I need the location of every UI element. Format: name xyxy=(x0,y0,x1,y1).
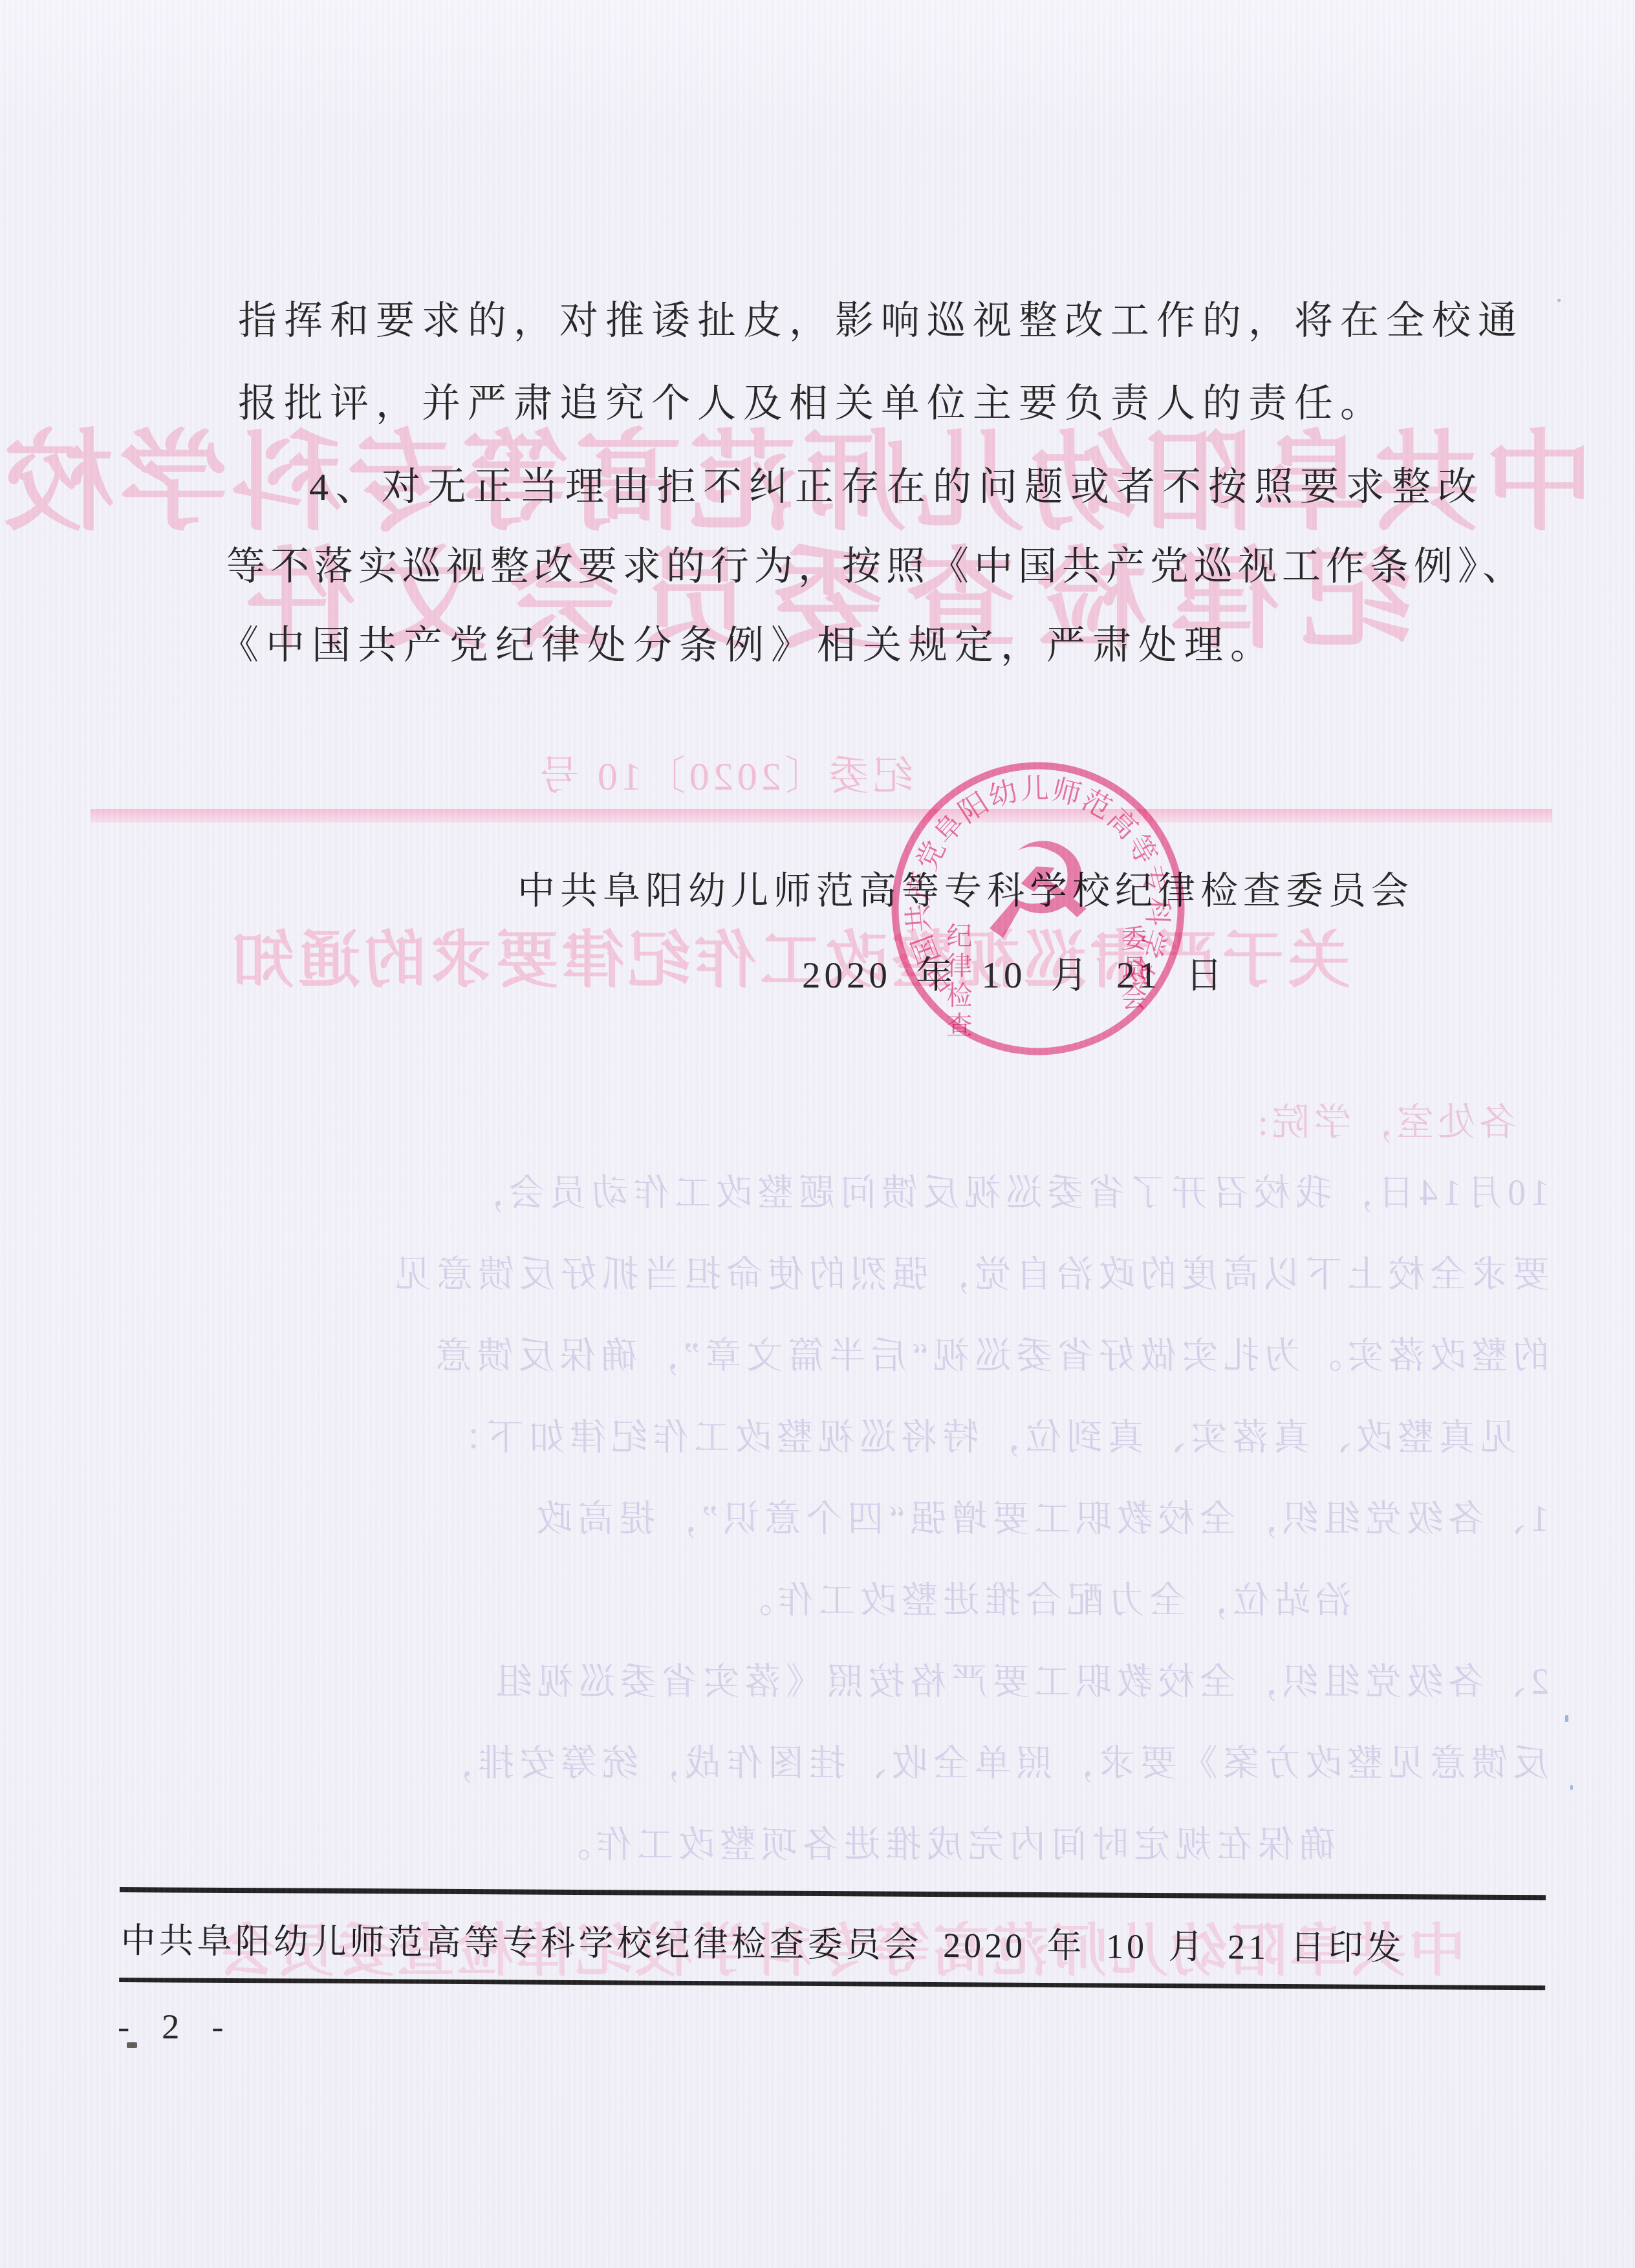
body-line-1: 指挥和要求的，对推诿扯皮，影响巡视整改工作的，将在全校通 xyxy=(238,290,1524,345)
ghost-body-line: 见真整改、真落实、真到位，特将巡视整改工作纪律如下： xyxy=(120,1409,1517,1460)
body-line-4: 等不落实巡视整改要求的行为，按照《中国共产党巡视工作条例》、 xyxy=(226,535,1526,591)
footer-imprint-block: 中共阜阳幼儿师范高等专科学校纪律检查委员会 2020 年 10 月 21 日印发 xyxy=(120,1887,1546,1895)
party-emblem-icon: ☭ xyxy=(979,815,1098,969)
body-line-5: 《中国共产党纪律处分条例》相关规定，严肃处理。 xyxy=(220,614,1276,670)
ghost-red-rule xyxy=(91,809,1552,823)
body-line-3: 4、对无正当理由拒不纠正存在的问题或者不按照要求整改 xyxy=(309,456,1484,512)
ghost-body-line: 1、各级党组织，全校教职工要增强“四个意识”，提高政 xyxy=(120,1490,1549,1542)
scan-speck xyxy=(1570,1785,1573,1790)
scanned-document-page: 中共阜阳幼儿师范高等专科学校 纪律检查委员会文件 纪委〔2020〕10 号 关于… xyxy=(0,0,1635,2268)
seal-column-right: 委员会 xyxy=(1114,925,1151,1028)
footer-rule-top xyxy=(120,1887,1546,1900)
ghost-body-line: 要求全校上下以高度的政治自觉，强烈的使命担当抓好反馈意见 xyxy=(120,1246,1549,1297)
scan-speck xyxy=(1557,299,1561,302)
page-number: - 2 - xyxy=(118,2006,233,2047)
ghost-body-line: 2、各级党组织，全校教职工要严格按照《落实省委巡视组 xyxy=(162,1653,1549,1705)
scan-speck xyxy=(127,2042,137,2048)
ghost-body-line: 10月14日，我校召开了省委巡视反馈问题整改工作动员会， xyxy=(120,1164,1549,1216)
ghost-body-line: 反馈意见整改方案》要求，照单全收、挂图作战，统筹安排， xyxy=(120,1734,1549,1786)
ghost-body-line: 治站位，全力配合推进整改工作。 xyxy=(362,1571,1352,1623)
ghost-body-line: 的整改落实。为扎实做好省委巡视“后半篇文章”，确保反馈意 xyxy=(120,1327,1549,1379)
footer-rule-bottom xyxy=(119,1978,1545,1990)
scan-speck xyxy=(1565,1715,1568,1722)
footer-imprint: 中共阜阳幼儿师范高等专科学校纪律检查委员会 2020 年 10 月 21 日印发 xyxy=(120,1913,1404,1970)
ghost-body-line: 确保在规定时间内完成推进各项整改工作。 xyxy=(336,1816,1336,1868)
seal-column-left: 纪律检查 xyxy=(939,922,976,1052)
body-line-2: 报批评，并严肃追究个人及相关单位主要负责人的责任。 xyxy=(238,373,1386,428)
ghost-salutation: 各处室，学院: xyxy=(1164,1092,1517,1146)
